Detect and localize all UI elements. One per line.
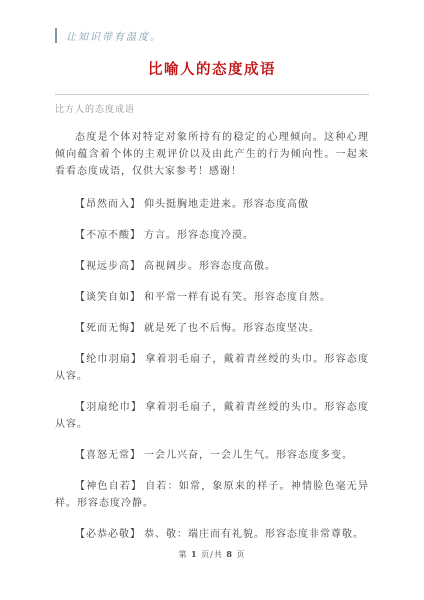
- title-divider: [55, 94, 369, 95]
- idiom-item: 【必恭必敬】恭、敬：端庄而有礼貌。形容态度非常尊敬。: [55, 526, 369, 543]
- idiom-definition: 一会儿兴奋，一会儿生气。形容态度多变。: [144, 450, 353, 461]
- document-content: 让知识带有温度。 比喻人的态度成语 比方人的态度成语 态度是个体对特定对象所持有…: [0, 0, 424, 543]
- intro-paragraph: 态度是个体对特定对象所持有的稳定的心理倾向。这种心理倾向蕴含着个体的主观评价以及…: [55, 129, 369, 180]
- idiom-term: 【谈笑自如】: [75, 292, 141, 303]
- page-number-footer: 第 1 页/共 8 页: [0, 549, 424, 560]
- idiom-term: 【喜怒无常】: [75, 450, 141, 461]
- idiom-definition: 方言。形容态度冷漠。: [144, 230, 254, 241]
- idiom-term: 【昂然而入】: [75, 199, 141, 210]
- idiom-definition: 恭、敬：端庄而有礼貌。形容态度非常尊敬。: [144, 529, 364, 540]
- brand-quote-text: 让知识带有温度。: [66, 28, 162, 43]
- page-subtitle: 比方人的态度成语: [55, 102, 369, 115]
- idiom-item: 【纶巾羽扇】拿着羽毛扇子，戴着青丝绶的头巾。形容态度从容。: [55, 351, 369, 385]
- idiom-term: 【视远步高】: [75, 261, 141, 272]
- idiom-term: 【死而无悔】: [75, 323, 141, 334]
- idiom-term: 【不凉不酸】: [75, 230, 141, 241]
- idiom-item: 【视远步高】高视阔步。形容态度高傲。: [55, 258, 369, 275]
- footer-suffix: 页: [237, 550, 246, 559]
- idiom-definition: 仰头挺胸地走进来。形容态度高傲: [144, 199, 309, 210]
- idiom-item: 【羽扇纶巾】拿着羽毛扇子，戴着青丝绶的头巾。形容态度从容。: [55, 399, 369, 433]
- idiom-definition: 和平常一样有说有笑。形容态度自然。: [144, 292, 331, 303]
- brand-quote: 让知识带有温度。: [55, 26, 369, 44]
- idiom-item: 【不凉不酸】方言。形容态度冷漠。: [55, 227, 369, 244]
- footer-prefix: 第: [178, 550, 187, 559]
- footer-page-number: 1: [191, 549, 198, 559]
- footer-middle: 页/共: [201, 550, 223, 559]
- idiom-term: 【必恭必敬】: [75, 529, 141, 540]
- idiom-term: 【神色自若】: [75, 481, 142, 492]
- idiom-item: 【昂然而入】仰头挺胸地走进来。形容态度高傲: [55, 196, 369, 213]
- idiom-term: 【羽扇纶巾】: [75, 402, 142, 413]
- idiom-item: 【死而无悔】就是死了也不后悔。形容态度坚决。: [55, 320, 369, 337]
- document-page: 让知识带有温度。 比喻人的态度成语 比方人的态度成语 态度是个体对特定对象所持有…: [0, 0, 424, 600]
- idiom-item: 【喜怒无常】一会儿兴奋，一会儿生气。形容态度多变。: [55, 447, 369, 464]
- idiom-definition: 就是死了也不后悔。形容态度坚决。: [144, 323, 320, 334]
- idiom-definition: 高视阔步。形容态度高傲。: [144, 261, 276, 272]
- idiom-item: 【神色自若】自若：如常，象原来的样子。神情脸色毫无异样。形容态度冷静。: [55, 478, 369, 512]
- brand-bar-accent: [55, 28, 57, 43]
- idiom-item: 【谈笑自如】和平常一样有说有笑。形容态度自然。: [55, 289, 369, 306]
- footer-total-pages: 8: [226, 549, 233, 559]
- page-title: 比喻人的态度成语: [55, 58, 369, 79]
- idiom-term: 【纶巾羽扇】: [75, 354, 142, 365]
